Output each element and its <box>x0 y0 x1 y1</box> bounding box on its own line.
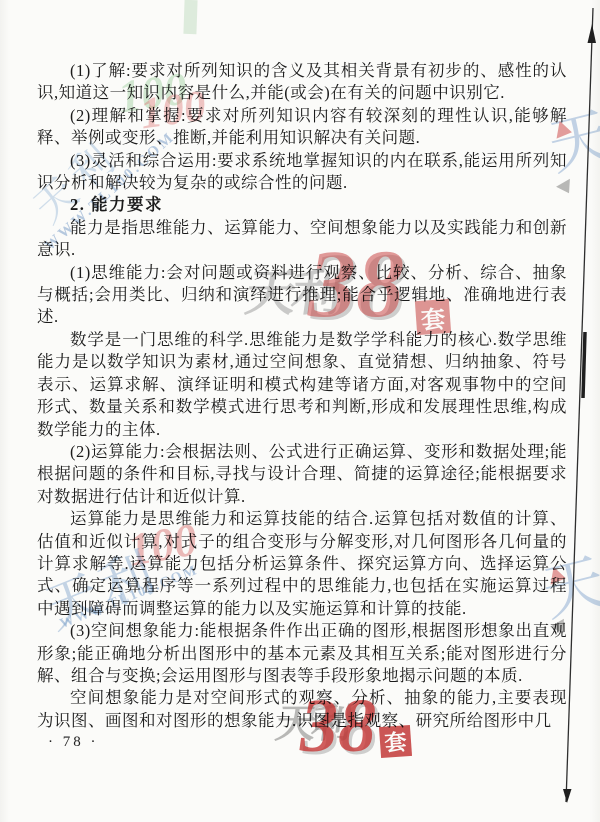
paragraph-thinking-ability: (1)思维能力:会对问题或资料进行观察、比较、分析、综合、抽象与概括;会用类比、… <box>37 262 567 329</box>
paragraph-spatial-ability: (3)空间想象能力:能根据条件作出正确的图形,根据图形想象出直观形象;能正确地分… <box>37 620 567 687</box>
paragraph-understand-master: (2)理解和掌握:要求对所列知识内容有较深刻的理性认识,能够解释、举例或变形、推… <box>37 105 567 150</box>
page-number: · 78 · <box>48 734 99 751</box>
paragraph-computation-ability: (2)运算能力:会根据法则、公式进行正确运算、变形和数据处理;能根据问题的条件和… <box>37 441 567 508</box>
paragraph-math-thinking: 数学是一门思维的科学.思维能力是数学学科能力的核心.数学思维能力是以数学知识为素… <box>37 329 567 441</box>
paragraph-flexible-use: (3)灵活和综合运用:要求系统地掌握知识的内在联系,能运用所列知识分析和解决较为… <box>37 150 567 195</box>
scan-artifact-green-band <box>183 0 197 34</box>
paragraph-know: (1)了解:要求对所列知识的含义及其相关背景有初步的、感性的认识,知道这一知识内… <box>37 60 567 105</box>
paragraph-spatial-detail: 空间想象能力是对空间形式的观察、分析、抽象的能力,主要表现为识图、画图和对图形的… <box>37 687 567 732</box>
scanned-book-page: (1)了解:要求对所列知识的含义及其相关背景有初步的、感性的认识,知道这一知识内… <box>0 0 600 822</box>
paragraph-ability-overview: 能力是指思维能力、运算能力、空间想象能力以及实践能力和创新意识. <box>37 217 567 262</box>
heading-ability-requirements: 2. 能力要求 <box>37 194 567 216</box>
paragraph-computation-detail: 运算能力是思维能力和运算技能的结合.运算包括对数值的计算、估值和近似计算,对式子… <box>37 508 567 620</box>
text-block: (1)了解:要求对所列知识的含义及其相关背景有初步的、感性的认识,知道这一知识内… <box>37 60 567 732</box>
